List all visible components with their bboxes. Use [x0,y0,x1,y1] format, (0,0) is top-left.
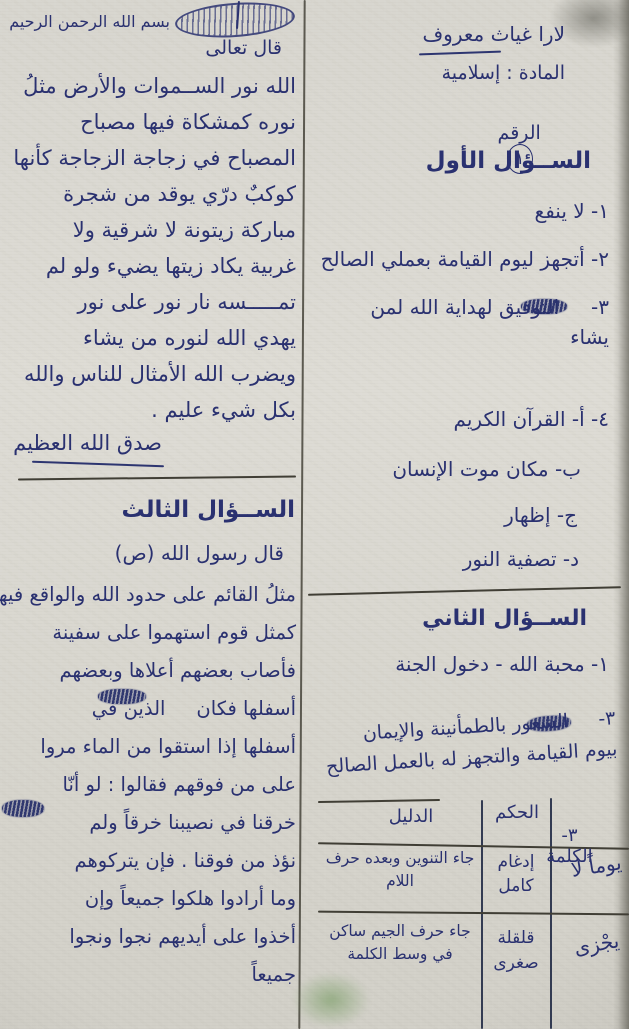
tasdiq-underline [32,461,164,468]
green-smudge [292,972,370,1028]
crossed-out-scribble [174,0,296,41]
question3-heading: الســؤال الثالث [122,497,295,523]
crossed-out-scribble [2,800,44,817]
question2-heading: الســؤال الثاني [422,606,587,631]
quran-verse-line: المصباح في زجاجة الزجاجة كأنها [13,140,296,176]
hadith-line: جميعاً [0,956,296,994]
handwritten-exam-page: بسم الله الرحمن الرحيم قال تعالى الله نو… [0,0,629,1029]
q2-answer-3: ٣- الشعور بالطمأنينة والإيمان بيوم القيا… [324,703,619,783]
section-divider [308,586,621,596]
table-cell-word: يجْزى [572,928,621,959]
subject-line: المادة : إسلامية [442,62,565,84]
quran-verse-block: الله نور الســموات والأرض مثلُنوره كمشكا… [13,68,296,428]
hadith-line: أخذوا على أيديهم نجوا ونجوا [0,918,296,956]
table-cell-rule: إدغام كامل [484,850,548,898]
tasdiq-text: صدق الله العظيم [13,431,162,455]
table-header-rule: الحكم [486,802,548,823]
name-underline [419,51,501,55]
hadith-line: أسفلها فكان الذين في [0,690,296,728]
student-name: لارا غياث معروف [422,22,565,46]
question1-answers: ١- لا ينفع٢- أتجهز ليوم القيامة بعملي ال… [321,196,609,574]
quran-verse-line: الله نور الســموات والأرض مثلُ [13,68,296,104]
qala-taala-label: قال تعالى [205,37,282,59]
hadith-line: كمثل قوم استهموا على سفينة [0,614,296,652]
quran-verse-line: بكل شيء عليم . [13,392,296,428]
quran-verse-line: ويضرب الله الأمثال للناس والله [13,356,296,392]
hadith-line: أسفلها إذا استقوا من الماء مروا [0,728,296,766]
question1-heading: الســؤال الأول [426,148,591,174]
number-label: الرقم [498,122,541,144]
hadith-line: وما أرادوا هلكوا جميعاً وإن [0,880,296,918]
table-cell-rule: قلقلة صغرى [484,926,548,976]
answer-item: ٢- أتجهز ليوم القيامة بعملي الصالح [321,244,609,274]
quran-verse-line: مباركة زيتونة لا شرقية ولا [13,212,296,248]
answer-item: ١- لا ينفع [535,196,609,226]
quran-verse-line: تمـــــسه نار نور على نور [13,284,296,320]
answer-item: د- تصفية النور [463,544,579,574]
table-top-line [318,799,440,803]
section-divider [18,476,296,481]
hadith-line: مثلُ القائم على حدود الله والواقع فيها [0,576,296,614]
quran-verse-line: يهدي الله لنوره من يشاء [13,320,296,356]
table-cell-evidence: جاء التنوين وبعده حرف اللام [324,847,476,893]
crossed-out-scribble [98,689,146,704]
q2-answer-1: ١- محبة الله - دخول الجنة [395,652,609,676]
answer-item: ج- إظهار [504,500,577,530]
table-cell-evidence: جاء حرف الجيم ساكن في وسط الكلمة [322,920,478,966]
answer-item: ٤- أ- القرآن الكريم [454,404,609,434]
hadith-line: نؤذ من فوقنا . فإن يتركوهم [0,842,296,880]
hadith-block: مثلُ القائم على حدود الله والواقع فيهاكم… [0,576,296,994]
basmala-text: بسم الله الرحمن الرحيم [9,12,170,31]
column-divider-line [298,0,305,1029]
hadith-line: على من فوقهم فقالوا : لو أنّا [0,766,296,804]
table-row-line [318,911,629,916]
quran-verse-line: غربية يكاد زيتها يضيء ولو لم [13,248,296,284]
hadith-line: خرقنا في نصيبنا خرقاً ولم [0,804,296,842]
table-header-evidence: الدليل [368,806,454,827]
quran-verse-line: كوكبٌ درّي يوقد من شجرة [13,176,296,212]
quran-verse-line: نوره كمشكاة فيها مصباح [13,104,296,140]
hadith-line: فأصاب بعضهم أعلاها وبعضهم [0,652,296,690]
hadith-intro: قال رسول الله (ص) [115,541,284,565]
table-vline-rule-evidence [481,800,483,1029]
answer-item: ٣- التوفيق لهداية الله لمن يشاء [337,292,609,352]
answer-item: ب- مكان موت الإنسان [392,454,581,484]
crossed-out-scribble [521,299,567,314]
table-prefix: ٣- [561,825,577,846]
